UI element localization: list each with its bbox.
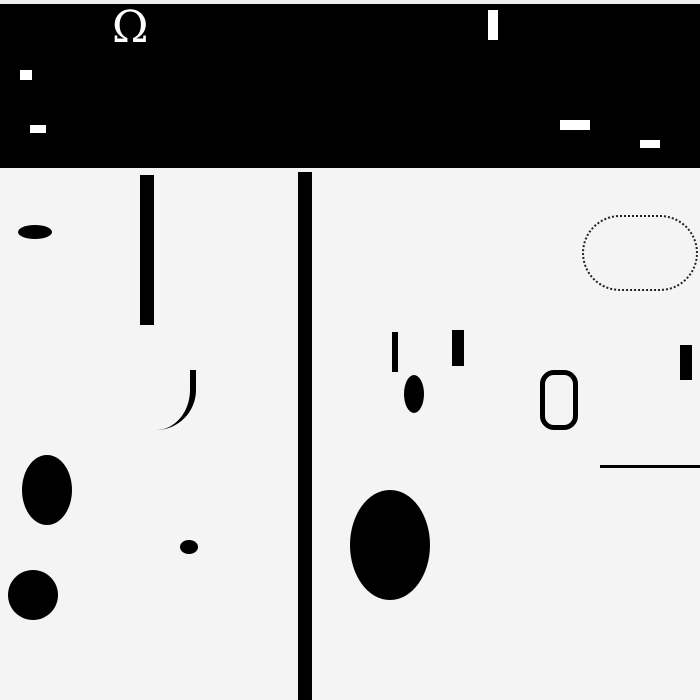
dark-top-band xyxy=(0,0,700,168)
dark-line xyxy=(600,465,700,468)
dark-blob xyxy=(18,225,52,239)
dark-blob xyxy=(22,455,72,525)
dotted-oval xyxy=(582,215,698,291)
noise-speck xyxy=(488,10,498,40)
noise-speck xyxy=(30,125,46,133)
dark-blob xyxy=(404,375,424,413)
noise-speck xyxy=(560,120,590,130)
dark-ring xyxy=(540,370,578,430)
vertical-divider-bar xyxy=(298,172,312,700)
omega-glyph: Ω xyxy=(112,6,148,50)
large-dark-blob xyxy=(350,490,430,600)
dark-blob xyxy=(8,570,58,620)
dark-blob xyxy=(180,540,198,554)
dark-post xyxy=(452,330,464,366)
top-light-strip xyxy=(0,0,700,4)
dark-post xyxy=(392,332,398,372)
dark-curve xyxy=(150,370,196,430)
dark-post xyxy=(680,345,692,380)
noise-speck xyxy=(20,70,32,80)
left-dark-streak xyxy=(140,175,154,325)
noise-speck xyxy=(640,140,660,148)
